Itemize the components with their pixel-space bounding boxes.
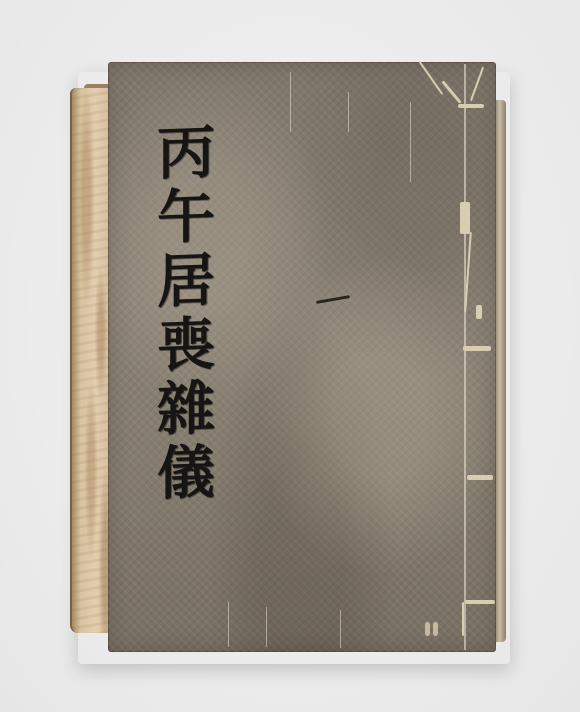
cover-crease xyxy=(348,92,349,132)
binding-thread xyxy=(462,602,464,636)
cover-crease xyxy=(266,607,267,647)
cover-title: 丙午居喪雜儀 xyxy=(140,121,220,508)
binding-thread xyxy=(458,104,484,108)
binding-thread xyxy=(467,475,493,480)
cover-crease xyxy=(228,602,229,647)
binding-thread xyxy=(465,600,495,604)
cover-crease xyxy=(410,102,411,182)
binding-thread xyxy=(460,202,470,234)
cover-crease xyxy=(290,72,291,132)
binding-stitch-line xyxy=(464,64,466,650)
cover-crease xyxy=(340,610,341,648)
binding-thread xyxy=(476,305,482,319)
binding-thread xyxy=(463,346,491,351)
cover-wear-marks xyxy=(425,622,439,638)
